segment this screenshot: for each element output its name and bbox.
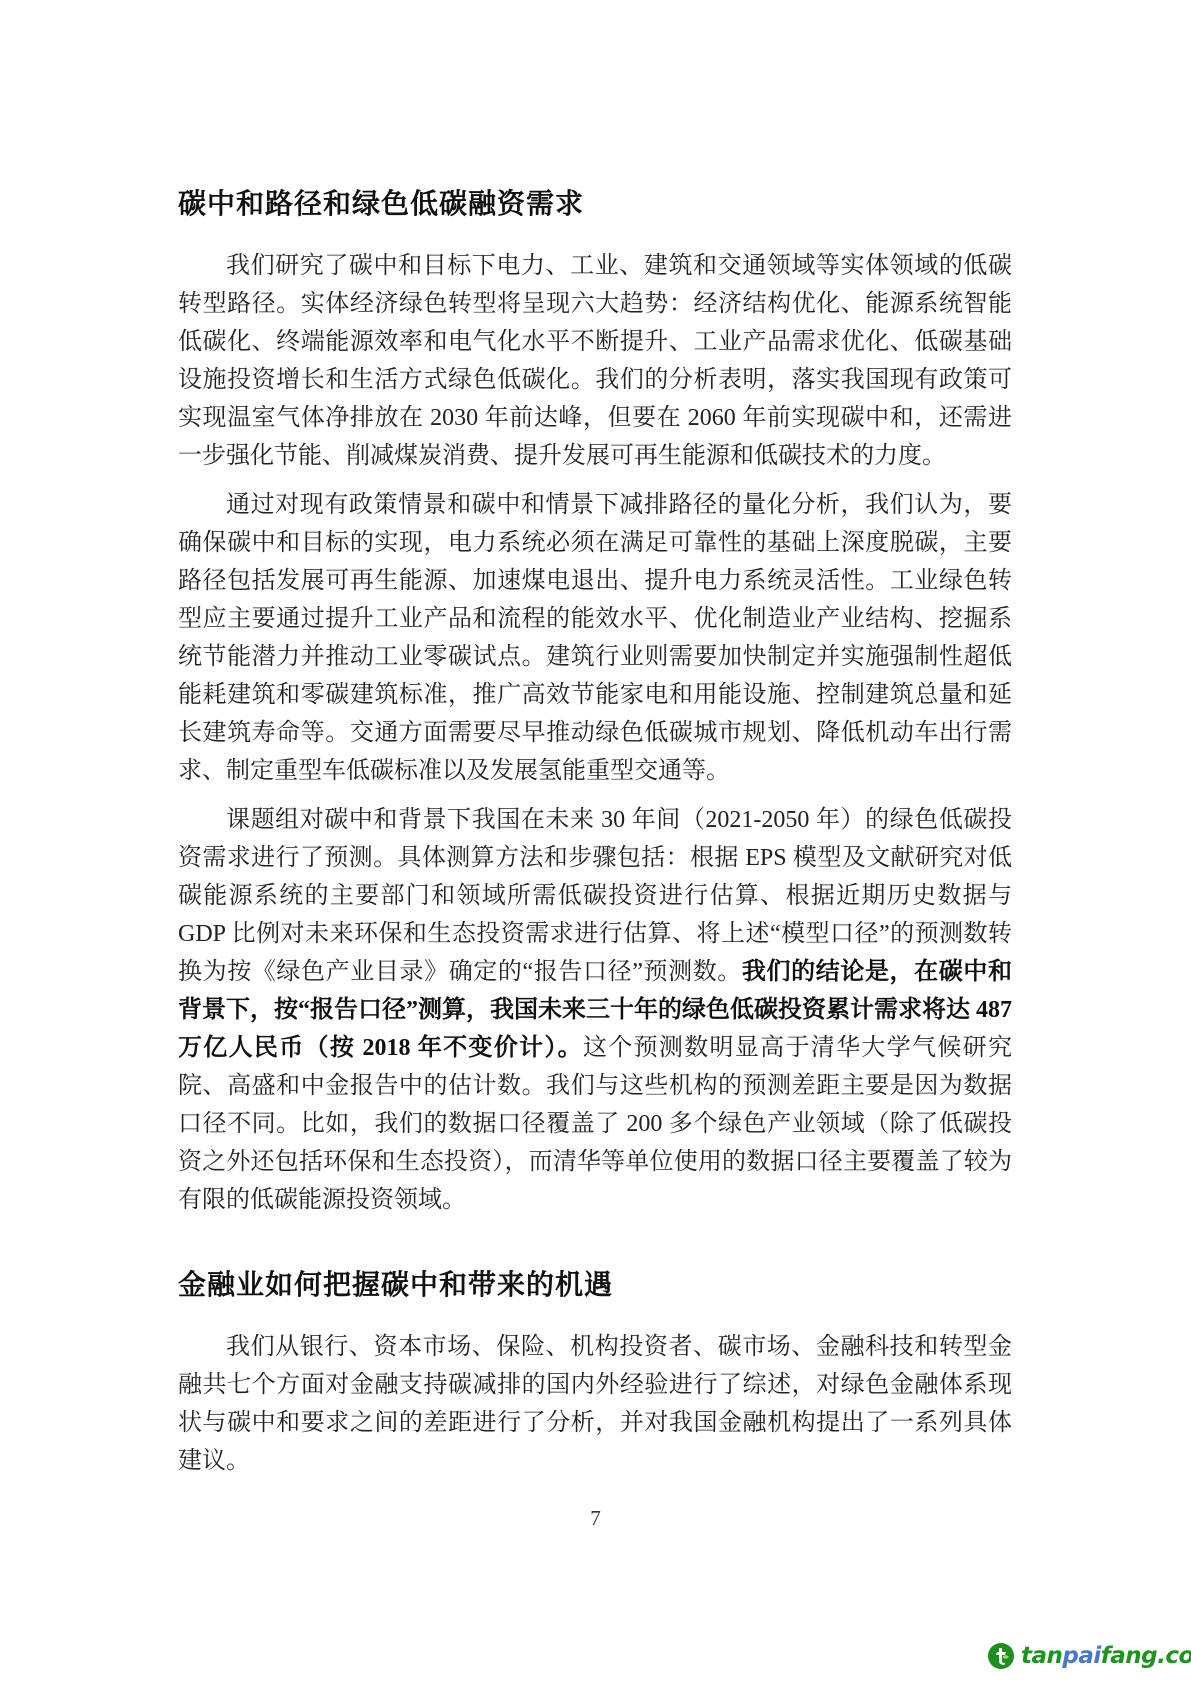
page-number: 7 [0, 1506, 1191, 1531]
text-segment: 这个预测数明显高于清华大学气候研究院、高盛和中金报告中的估计数。我们与这些机构的… [178, 1035, 1012, 1213]
section-heading-2: 金融业如何把握碳中和带来的机遇 [178, 1267, 1012, 1303]
paragraph: 通过对现有政策情景和碳中和情景下减排路径的量化分析，我们认为，要确保碳中和目标的… [178, 486, 1012, 790]
text-segment: 通过对现有政策情景和碳中和情景下减排路径的量化分析，我们认为，要确保碳中和目标的… [178, 492, 1012, 784]
document-page: 碳中和路径和绿色低碳融资需求我们研究了碳中和目标下电力、工业、建筑和交通领域等实… [0, 0, 1191, 1684]
tanpaifang-leaf-icon [988, 1643, 1014, 1669]
text-segment: 我们研究了碳中和目标下电力、工业、建筑和交通领域等实体领域的低碳转型路径。实体经… [178, 253, 1012, 469]
paragraph: 我们从银行、资本市场、保险、机构投资者、碳市场、金融科技和转型金融共七个方面对金… [178, 1328, 1012, 1480]
paragraph: 课题组对碳中和背景下我国在未来 30 年间（2021-2050 年）的绿色低碳投… [178, 801, 1012, 1219]
text-segment: 我们从银行、资本市场、保险、机构投资者、碳市场、金融科技和转型金融共七个方面对金… [178, 1334, 1012, 1474]
tanpaifang-logo[interactable]: tanpaifang.com [988, 1643, 1191, 1669]
logo-text-segment: fang.com [1101, 1643, 1191, 1669]
tanpaifang-logo-text: tanpaifang.com [1021, 1643, 1191, 1669]
logo-text-segment: tan [1021, 1643, 1062, 1669]
logo-text-segment: pai [1062, 1643, 1100, 1669]
paragraph: 我们研究了碳中和目标下电力、工业、建筑和交通领域等实体领域的低碳转型路径。实体经… [178, 247, 1012, 475]
section-heading-1: 碳中和路径和绿色低碳融资需求 [178, 186, 1012, 222]
document-content: 碳中和路径和绿色低碳融资需求我们研究了碳中和目标下电力、工业、建筑和交通领域等实… [178, 186, 1012, 1491]
